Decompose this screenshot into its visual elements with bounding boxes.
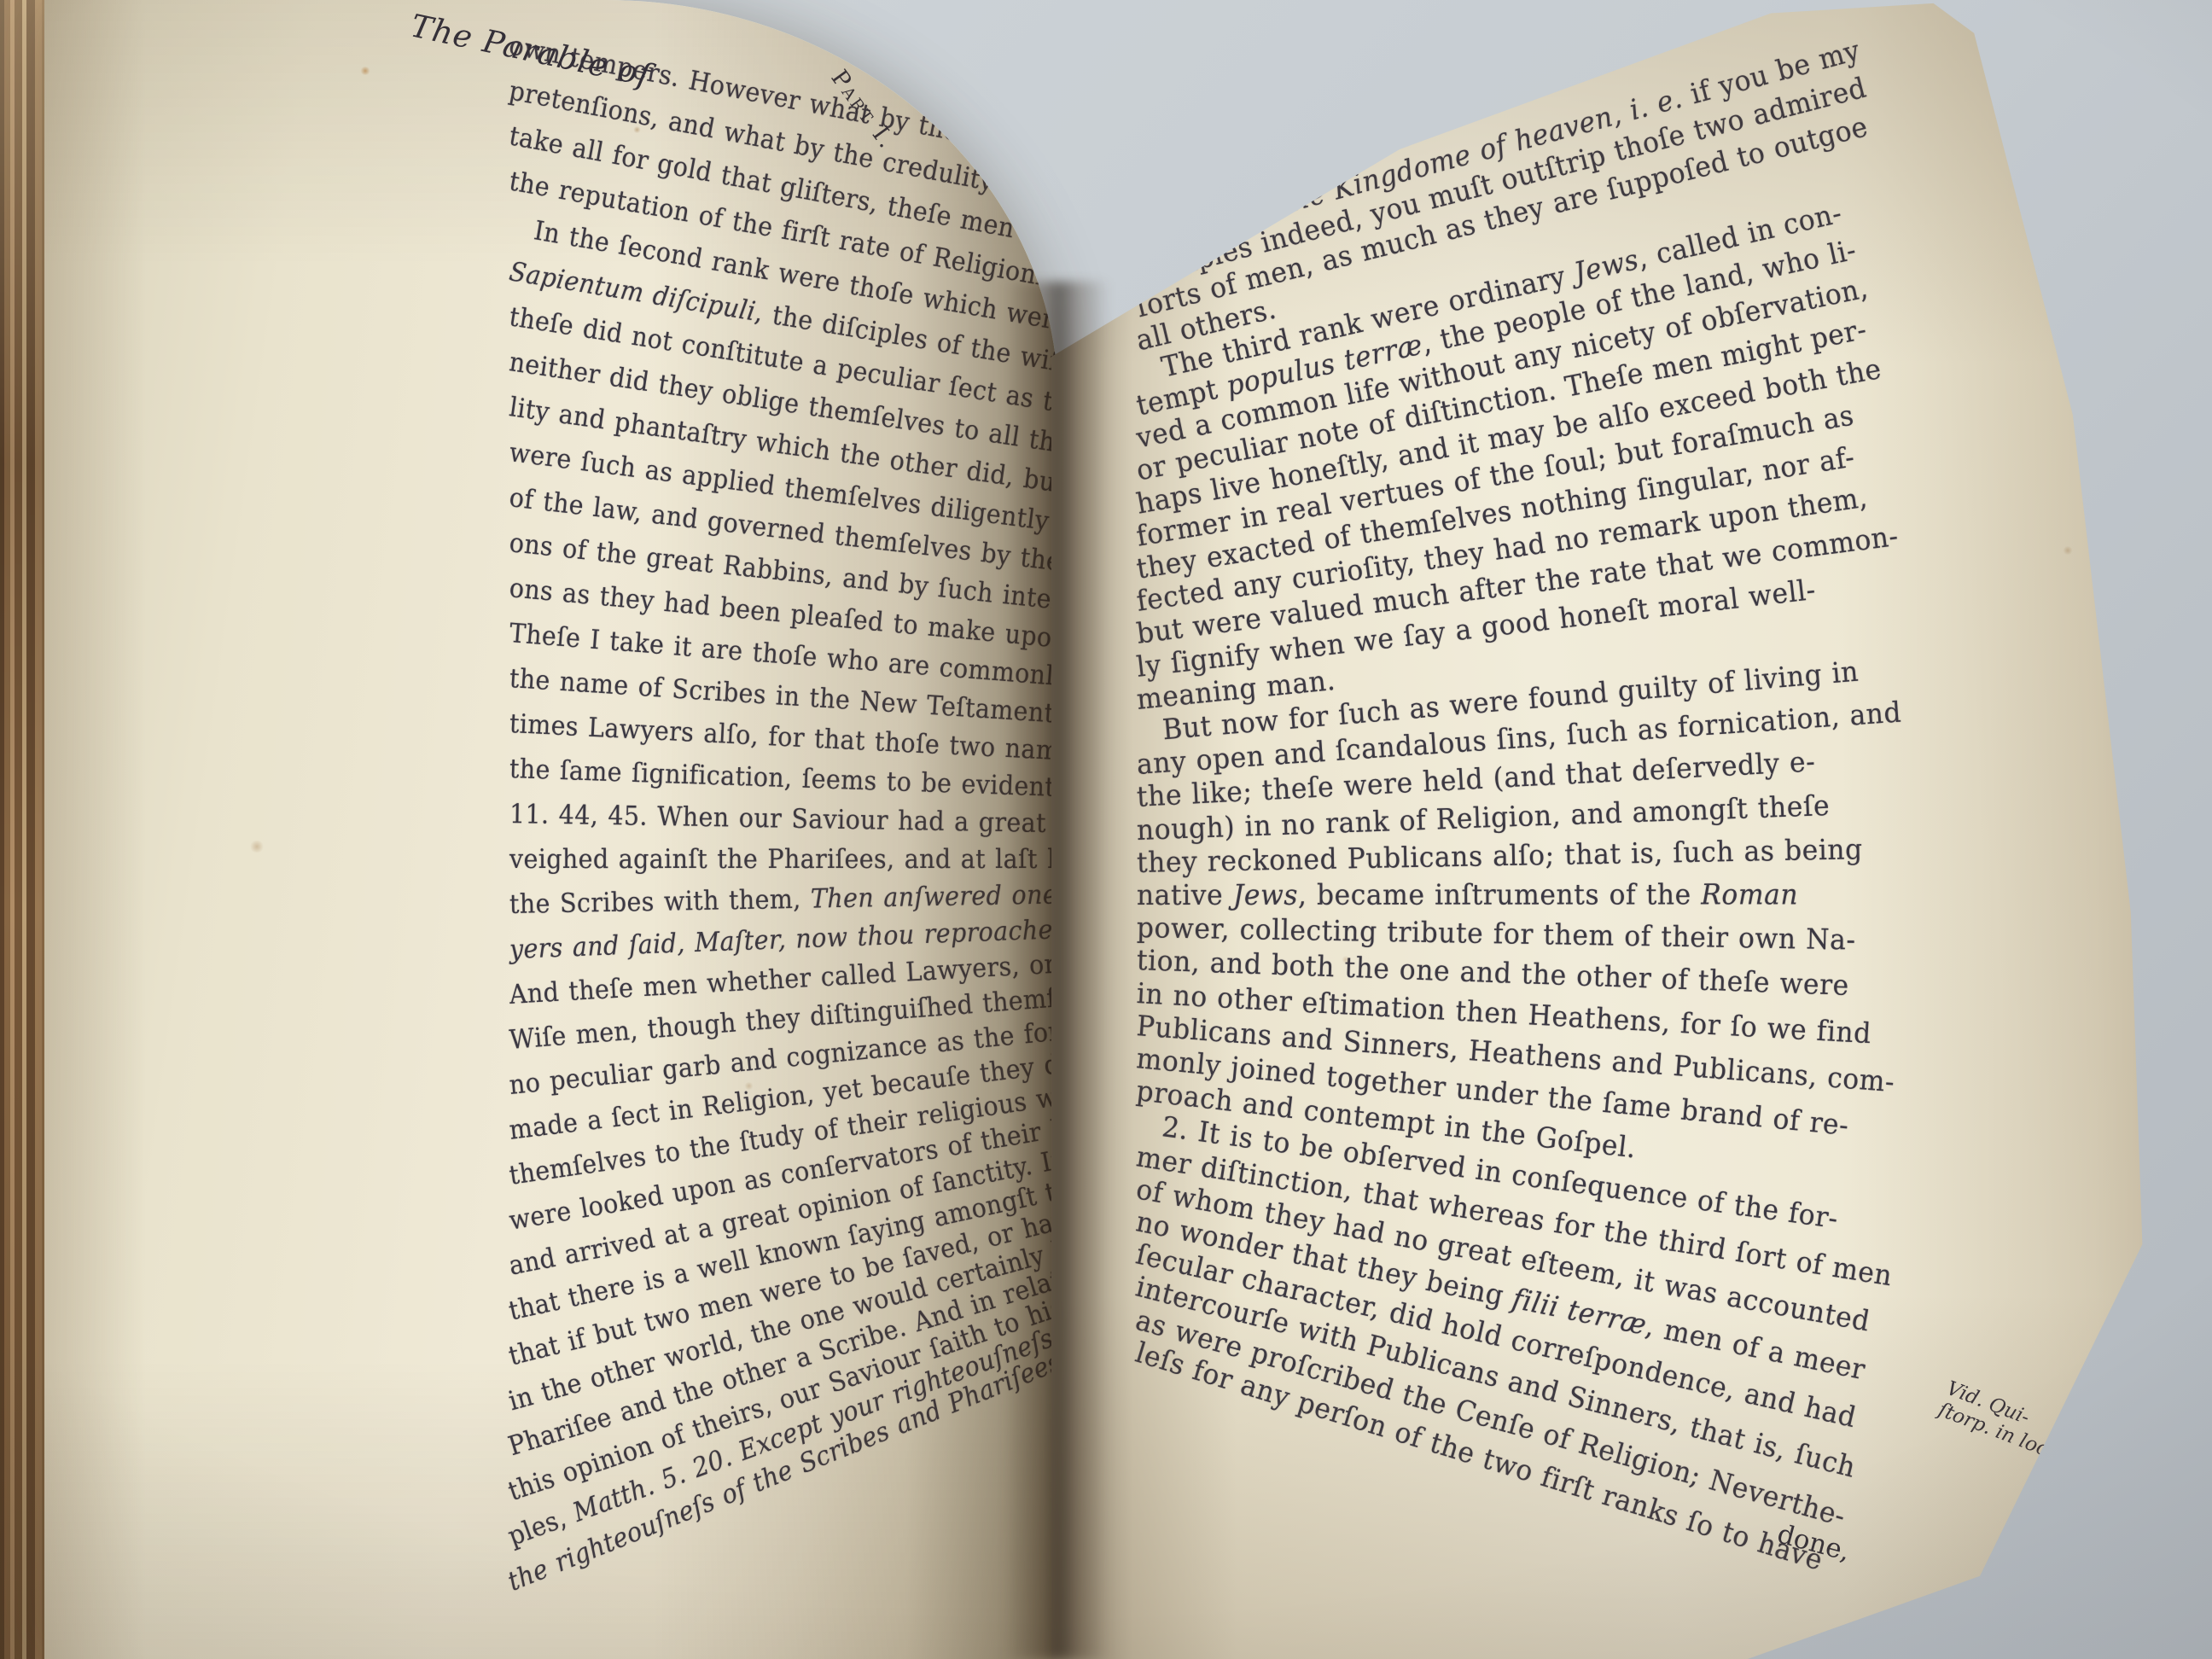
text-segment: Jews (1233, 878, 1298, 911)
text-line: veighed againſt the Phariſees, and at la… (509, 847, 1058, 873)
left-page: The Parable of Part I. own tempers. Howe… (44, 0, 1058, 1659)
chapter-label: Chap. II. (1128, 133, 1256, 197)
text-segment: 11. 44, 45. When our Saviour had a great… (509, 799, 1058, 841)
text-line: native Jews, became inſtruments of the R… (1137, 880, 1798, 909)
text-segment: Then anſwered one of the Law- (811, 876, 1058, 914)
foxing-spot (2005, 135, 2020, 147)
text-segment: the Scribes with them, (509, 884, 812, 920)
text-segment: native (1137, 878, 1233, 911)
text-line: the ſame ſignification, ſeems to be evid… (509, 756, 1058, 806)
text-segment: Roman (1701, 877, 1798, 911)
text-line: the Scribes with them, Then anſwered one… (509, 879, 1058, 918)
left-page-text: own tempers. However what by their own c… (44, 0, 1058, 1659)
text-segment: , became inſtruments of the (1298, 877, 1701, 911)
right-page: Chap. II. the Prodigal Son. enter into t… (1051, 0, 2212, 1659)
text-segment: veighed againſt the Phariſees, and at la… (509, 844, 1058, 875)
text-line: 11. 44, 45. When our Saviour had a great… (509, 801, 1058, 839)
book-photo: The Parable of Part I. own tempers. Howe… (0, 0, 2212, 1659)
